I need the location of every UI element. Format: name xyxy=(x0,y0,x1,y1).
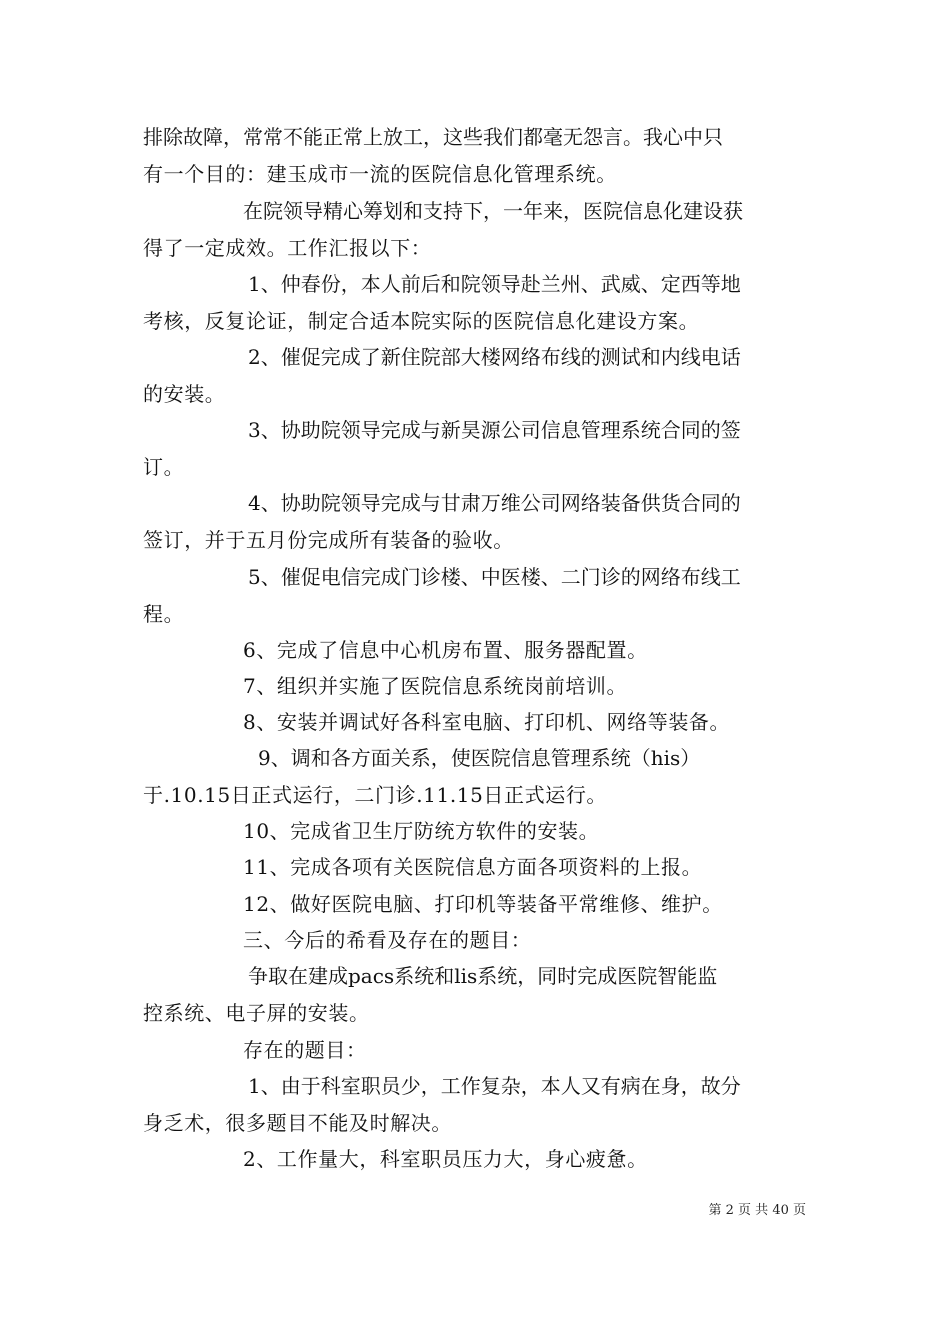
text-line: 身乏术，很多题目不能及时解决。 xyxy=(143,1110,807,1136)
text-line: 2、工作量大，科室职员压力大，身心疲惫。 xyxy=(243,1146,807,1172)
text-line: 2、催促完成了新住院部大楼网络布线的测试和内线电话 xyxy=(248,344,807,370)
text-line: 8、安装并调试好各科室电脑、打印机、网络等装备。 xyxy=(243,709,807,735)
text-line: 7、组织并实施了医院信息系统岗前培训。 xyxy=(243,673,807,699)
text-line: 程。 xyxy=(143,601,807,627)
document-page: 排除故障，常常不能正常上放工，这些我们都毫无怨言。我心中只有一个目的：建玉成市一… xyxy=(0,0,950,1344)
text-line: 9、调和各方面关系，使医院信息管理系统（his） xyxy=(258,745,807,771)
text-line: 控系统、电子屏的安装。 xyxy=(143,1000,807,1026)
text-line: 4、协助院领导完成与甘肃万维公司网络装备供货合同的 xyxy=(248,490,807,516)
text-line: 于.10.15日正式运行，二门诊.11.15日正式运行。 xyxy=(143,782,807,808)
text-line: 排除故障，常常不能正常上放工，这些我们都毫无怨言。我心中只 xyxy=(143,124,807,150)
text-line: 签订，并于五月份完成所有装备的验收。 xyxy=(143,527,807,553)
text-line: 3、协助院领导完成与新昊源公司信息管理系统合同的签 xyxy=(248,417,807,443)
text-line: 三、今后的希看及存在的题目： xyxy=(243,927,807,953)
text-line: 1、仲春份，本人前后和院领导赴兰州、武威、定西等地 xyxy=(248,271,807,297)
text-line: 得了一定成效。工作汇报以下： xyxy=(143,235,807,261)
text-line: 1、由于科室职员少，工作复杂，本人又有病在身，故分 xyxy=(248,1073,807,1099)
text-line: 5、催促电信完成门诊楼、中医楼、二门诊的网络布线工 xyxy=(248,564,807,590)
text-line: 争取在建成pacs系统和lis系统，同时完成医院智能监 xyxy=(248,963,807,989)
text-line: 有一个目的：建玉成市一流的医院信息化管理系统。 xyxy=(143,161,807,187)
page-number-footer: 第 2 页 共 40 页 xyxy=(709,1203,806,1219)
text-line: 考核，反复论证，制定合适本院实际的医院信息化建设方案。 xyxy=(143,308,807,334)
text-line: 的安装。 xyxy=(143,381,807,407)
text-line: 10、完成省卫生厅防统方软件的安装。 xyxy=(243,818,807,844)
text-line: 11、完成各项有关医院信息方面各项资料的上报。 xyxy=(243,854,807,880)
text-line: 订。 xyxy=(143,454,807,480)
text-line: 6、完成了信息中心机房布置、服务器配置。 xyxy=(243,637,807,663)
text-line: 存在的题目： xyxy=(243,1037,807,1063)
text-line: 12、做好医院电脑、打印机等装备平常维修、维护。 xyxy=(243,891,807,917)
text-line: 在院领导精心筹划和支持下，一年来，医院信息化建设获 xyxy=(243,198,807,224)
